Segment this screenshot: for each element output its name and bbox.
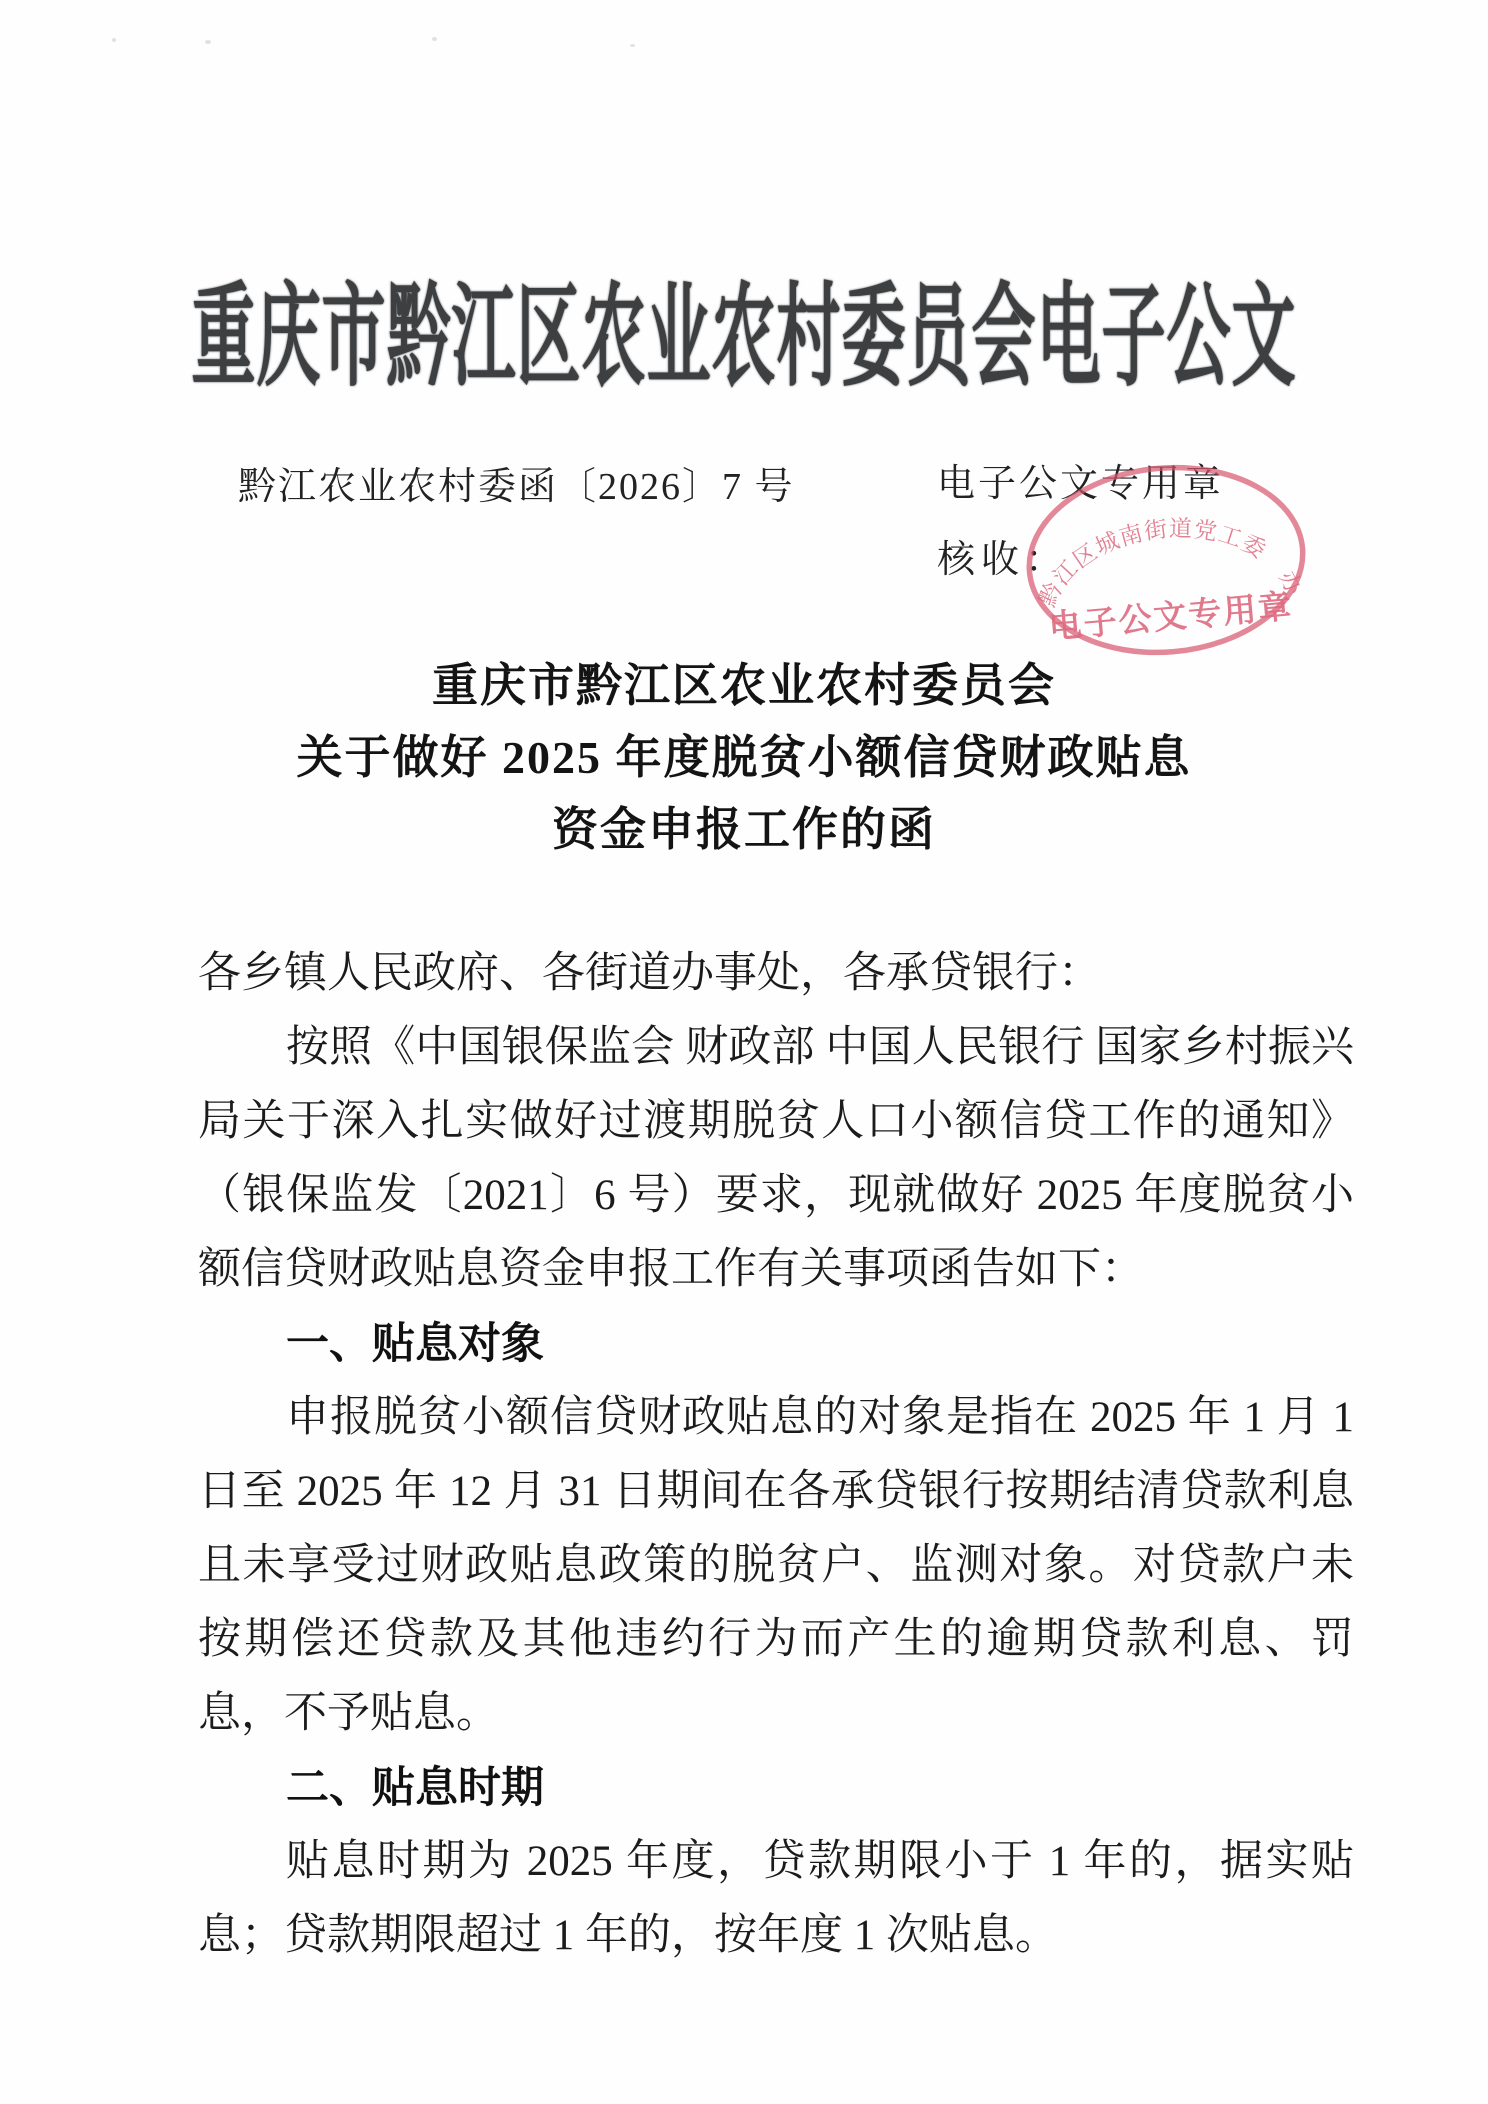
document-number: 黔江农业农村委函〔2026〕7 号 [238,455,795,510]
section-heading-2: 二、贴息时期 [198,1751,1354,1825]
salutation-line: 各乡镇人民政府、各街道办事处，各承贷银行： [198,937,1354,1011]
scan-artifact [432,37,437,41]
paragraph-basis: 按照《中国银保监会 财政部 中国人民银行 国家乡村振兴局关于深入扎实做好过渡期脱… [198,1011,1354,1307]
document-title-line-2: 关于做好 2025 年度脱贫小额信贷财政贴息 [0,722,1488,794]
official-stamp: 黔江区城南街道党工委 办事处 电子公文专用章 [1010,445,1323,674]
document-body: 各乡镇人民政府、各街道办事处，各承贷银行： 按照《中国银保监会 财政部 中国人民… [198,937,1354,1973]
scan-artifact [630,44,635,47]
paragraph-subsidy-targets: 申报脱贫小额信贷财政贴息的对象是指在 2025 年 1 月 1 日至 2025 … [198,1381,1354,1751]
document-title-line-3: 资金申报工作的函 [0,794,1488,866]
scan-artifact [205,40,211,44]
document-title: 重庆市黔江区农业农村委员会 关于做好 2025 年度脱贫小额信贷财政贴息 资金申… [0,650,1488,866]
scan-artifact [112,38,116,42]
masthead-title: 重庆市黔江区农业农村委员会电子公文 [0,282,1488,394]
section-heading-1: 一、贴息对象 [198,1307,1354,1381]
scanned-document-page: 重庆市黔江区农业农村委员会电子公文 黔江农业农村委函〔2026〕7 号 电子公文… [0,0,1488,2104]
paragraph-subsidy-period: 贴息时期为 2025 年度，贷款期限小于 1 年的，据实贴息；贷款期限超过 1 … [198,1825,1354,1973]
stamp-center-text: 电子公文专用章 [1047,587,1294,646]
document-title-line-1: 重庆市黔江区农业农村委员会 [0,650,1488,722]
